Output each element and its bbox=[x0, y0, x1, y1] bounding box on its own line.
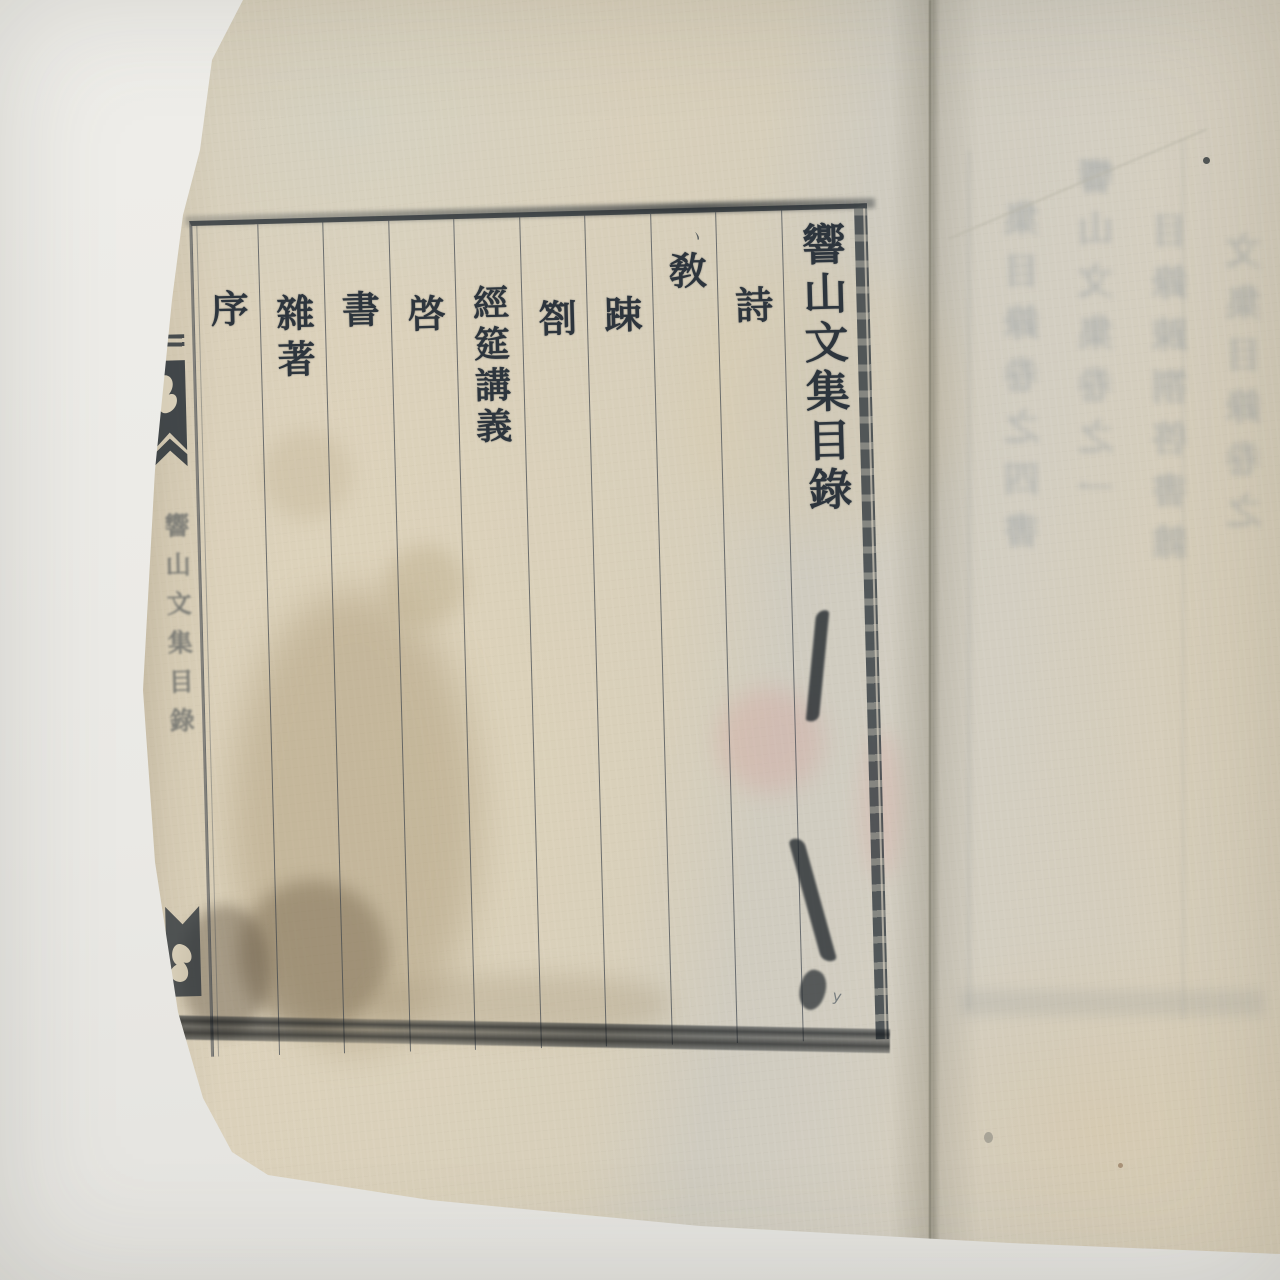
annotation-mark: 丶 bbox=[685, 223, 709, 250]
section-heading: 書 bbox=[330, 289, 386, 336]
ink-speck bbox=[162, 1085, 174, 1094]
open-book-pages: 響山文集目錄 y 詩 丶 敎 踈 劄 經筵講義 啓 書 bbox=[0, 0, 1280, 1280]
section-heading: 踈 bbox=[592, 294, 648, 341]
fold-crease bbox=[929, 0, 931, 1260]
fishtail-ornament-icon bbox=[162, 862, 204, 1003]
bleedthrough-frame-line bbox=[968, 150, 970, 1010]
ink-speck bbox=[1203, 157, 1210, 164]
fishtail-ornament-icon bbox=[149, 354, 191, 495]
ink-speck bbox=[1118, 1163, 1123, 1168]
gutter-shadow bbox=[890, 0, 980, 1260]
book-photo: 響山文集目錄 y 詩 丶 敎 踈 劄 經筵講義 啓 書 bbox=[0, 0, 1280, 1280]
spine-title: 響山文集目錄 bbox=[157, 512, 199, 747]
spine-rule-bars bbox=[150, 334, 184, 349]
printed-text-frame: 響山文集目錄 y 詩 丶 敎 踈 劄 經筵講義 啓 書 bbox=[189, 203, 889, 1056]
bleedthrough-text: 響山文集卷之一 bbox=[1072, 158, 1123, 522]
section-heading: 啓 bbox=[396, 293, 452, 340]
ink-speck bbox=[984, 1132, 993, 1143]
section-heading: 雜著 bbox=[264, 293, 321, 386]
section-heading: 詩 bbox=[723, 285, 779, 332]
bleedthrough-text: 集目錄卷之四書 bbox=[998, 200, 1049, 564]
section-heading: 劄 bbox=[527, 298, 583, 345]
section-heading: 敎 bbox=[657, 250, 713, 297]
section-heading: 序 bbox=[199, 288, 255, 335]
bleedthrough-rule bbox=[960, 990, 1265, 1016]
toc-title: 響山文集目錄 bbox=[786, 221, 858, 517]
section-heading: 經筵講義 bbox=[463, 284, 518, 449]
handwritten-mark: y bbox=[831, 987, 843, 1006]
bleedthrough-text: 文集目錄卷之 bbox=[1220, 232, 1271, 544]
bleedthrough-text: 目錄踈劄啓書雜 bbox=[1146, 212, 1197, 576]
